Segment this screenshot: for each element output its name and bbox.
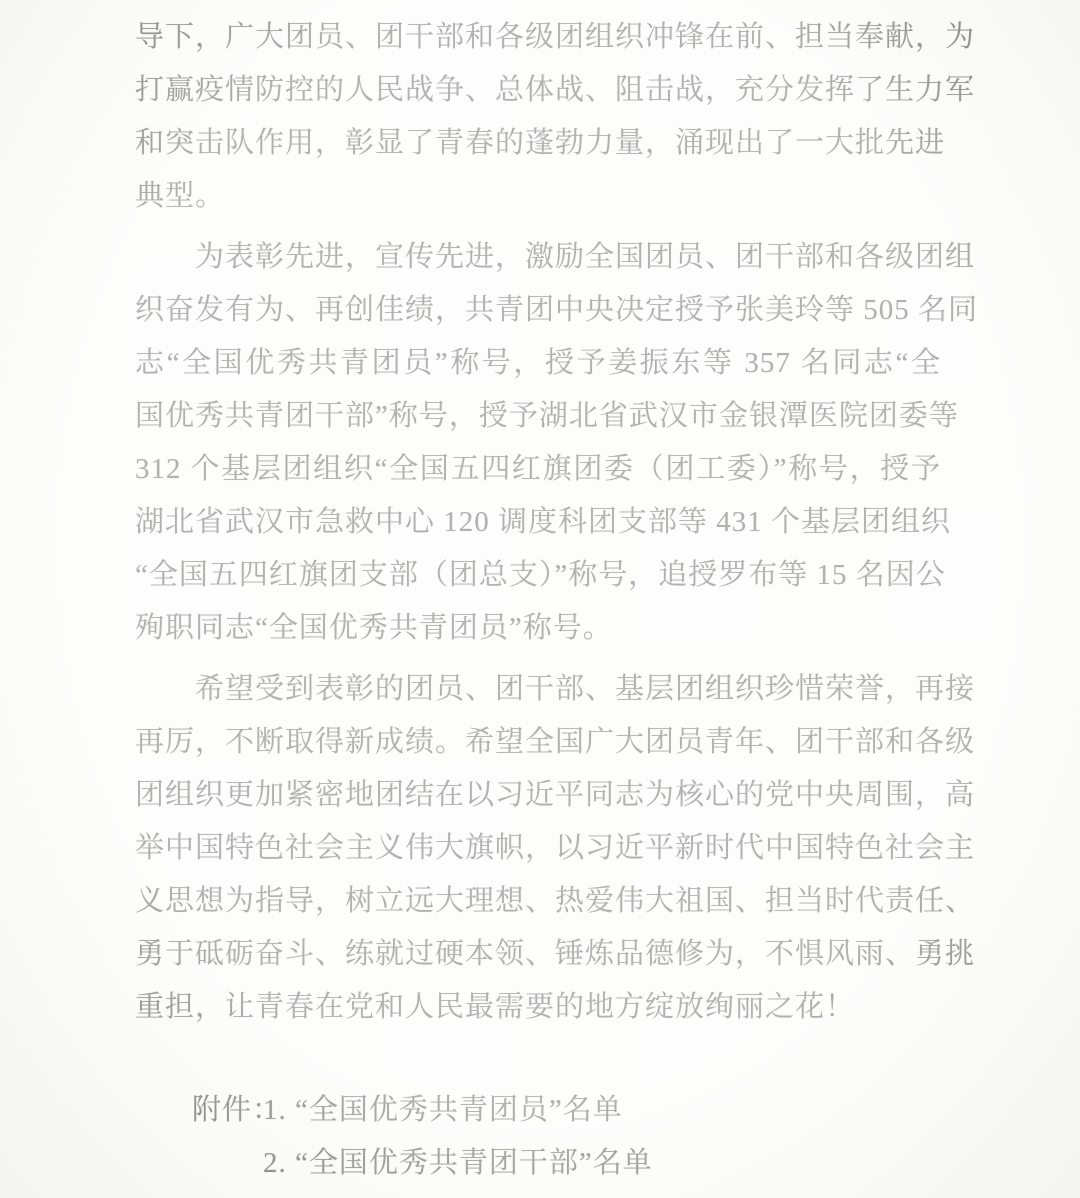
attachment-item: 2. “全国优秀共青团干部”名单 xyxy=(263,1147,653,1179)
text-line: 导下，广大团员、团干部和各级团组织冲锋在前、担当奉献，为 xyxy=(135,11,941,64)
text-line: 志“全国优秀共青团员”称号，授予姜振东等 357 名同志“全 xyxy=(135,337,941,390)
attachment-list: 附件： 1. “全国优秀共青团员”名单 2. “全国优秀共青团干部”名单 xyxy=(135,1084,941,1190)
text-line: 典型。 xyxy=(135,170,941,223)
attachment-line: 2. “全国优秀共青团干部”名单 xyxy=(135,1137,941,1190)
text-line: 希望受到表彰的团员、团干部、基层团组织珍惜荣誉，再接 xyxy=(135,663,941,716)
attachment-line: 附件： 1. “全国优秀共青团员”名单 xyxy=(135,1084,941,1137)
text-line: 312 个基层团组织“全国五四红旗团委（团工委）”称号，授予 xyxy=(135,443,941,496)
text-line: 勇于砥砺奋斗、练就过硬本领、锤炼品德修为，不惧风雨、勇挑 xyxy=(135,928,941,981)
text-line: 举中国特色社会主义伟大旗帜，以习近平新时代中国特色社会主 xyxy=(135,822,941,875)
text-line: 团组织更加紧密地团结在以习近平同志为核心的党中央周围，高 xyxy=(135,769,941,822)
text-line: 为表彰先进，宣传先进，激励全国团员、团干部和各级团组 xyxy=(135,231,941,284)
text-line: 打赢疫情防控的人民战争、总体战、阻击战，充分发挥了生力军 xyxy=(135,64,941,117)
text-line: 国优秀共青团干部”称号，授予湖北省武汉市金银潭医院团委等 xyxy=(135,390,941,443)
attachment-item: 1. “全国优秀共青团员”名单 xyxy=(263,1094,623,1126)
text-line: 和突击队作用，彰显了青春的蓬勃力量，涌现出了一大批先进 xyxy=(135,117,941,170)
text-line: 湖北省武汉市急救中心 120 调度科团支部等 431 个基层团组织 xyxy=(135,496,941,549)
attachment-heading: 附件： xyxy=(192,1084,282,1137)
document-page: 导下，广大团员、团干部和各级团组织冲锋在前、担当奉献，为 打赢疫情防控的人民战争… xyxy=(0,0,1080,1198)
letter-body: 导下，广大团员、团干部和各级团组织冲锋在前、担当奉献，为 打赢疫情防控的人民战争… xyxy=(135,11,941,1190)
text-line: 重担，让青春在党和人民最需要的地方绽放绚丽之花！ xyxy=(135,981,941,1034)
text-line: 殉职同志“全国优秀共青团员”称号。 xyxy=(135,602,941,655)
text-line: 织奋发有为、再创佳绩，共青团中央决定授予张美玲等 505 名同 xyxy=(135,284,941,337)
text-line: 再厉，不断取得新成绩。希望全国广大团员青年、团干部和各级 xyxy=(135,716,941,769)
text-line: 义思想为指导，树立远大理想、热爱伟大祖国、担当时代责任、 xyxy=(135,875,941,928)
text-line: “全国五四红旗团支部（团总支）”称号，追授罗布等 15 名因公 xyxy=(135,549,941,602)
